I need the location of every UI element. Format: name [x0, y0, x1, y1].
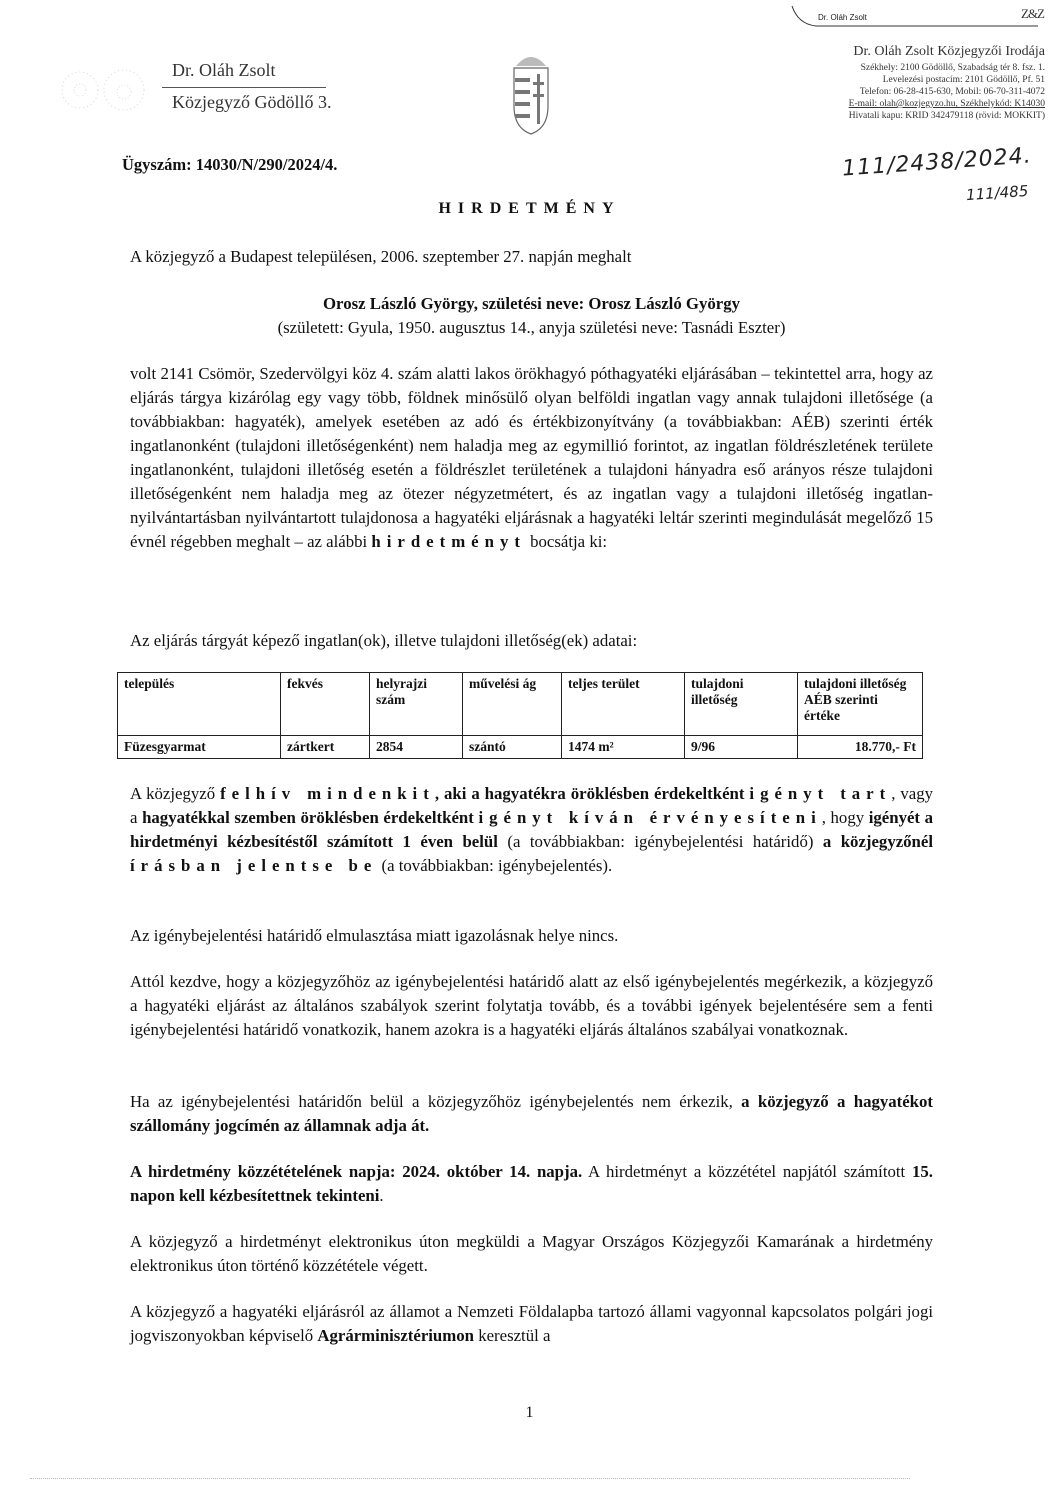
office-email: E-mail: olah@kozjegyzo.hu, Székhelykód: … [849, 98, 1045, 110]
handwritten-registration-number: 111/2438/2024. [841, 143, 1032, 181]
header-cell: tulajdoni illetőség [685, 673, 798, 736]
office-details: Dr. Oláh Zsolt Közjegyzői Irodája Székhe… [849, 44, 1045, 122]
no-excuse-paragraph: Az igénybejelentési határidő elmulasztás… [130, 924, 933, 948]
table-intro: Az eljárás tárgyát képező ingatlan(ok), … [130, 629, 933, 653]
office-address: Székhely: 2100 Gödöllő, Szabadság tér 8.… [849, 62, 1045, 74]
call-emphasis: igényt kíván érvényesíteni [478, 808, 821, 827]
cell-cultivation: szántó [463, 736, 562, 759]
chamber-paragraph: A közjegyző a hirdetményt elektronikus ú… [130, 1230, 933, 1278]
received-stamp: Dr. Oláh Zsolt Z&Z [790, 4, 1050, 34]
no-claim-paragraph: Ha az igénybejelentési határidőn belül a… [130, 1090, 933, 1138]
call-emphasis: írásban jelentse be [130, 856, 377, 875]
cell-settlement: Füzesgyarmat [118, 736, 281, 759]
publication-text: A hirdetményt a közzététel napjától szám… [588, 1162, 905, 1181]
main-paragraph-tail: bocsátja ki: [530, 532, 607, 551]
header-cell: művelési ág [463, 673, 562, 736]
header-cell: fekvés [281, 673, 370, 736]
notary-seal-icon [58, 60, 148, 126]
footer-scan-artifact [30, 1478, 910, 1479]
call-bold: a közjegyzőnél [823, 832, 933, 851]
coat-of-arms-icon [508, 44, 554, 136]
publication-paragraph: A hirdetmény közzétételének napja: 2024.… [130, 1160, 933, 1208]
call-emphasis: igényt tart [749, 784, 891, 803]
cell-location: zártkert [281, 736, 370, 759]
page-number: 1 [0, 1404, 1059, 1422]
call-emphasis: felhív mindenkit [220, 784, 435, 803]
deceased-name: Orosz László György, születési neve: Oro… [130, 292, 933, 316]
header-cell: teljes terület [562, 673, 685, 736]
cell-aeb-value: 18.770,- Ft [798, 736, 923, 759]
office-postal: Levelezési postacím: 2101 Gödöllő, Pf. 5… [849, 74, 1045, 86]
state-ministry: Agrárminisztériumon [317, 1326, 474, 1345]
first-claim-paragraph: Attól kezdve, hogy a közjegyzőhöz az igé… [130, 970, 933, 1042]
cell-total-area: 1474 m² [562, 736, 685, 759]
office-gateway: Hivatali kapu: KRID 342479118 (rövid: MO… [849, 110, 1045, 122]
state-paragraph: A közjegyző a hagyatéki eljárásról az ál… [130, 1300, 933, 1348]
publication-date: A hirdetmény közzétételének napja: 2024.… [130, 1162, 582, 1181]
call-text: (a továbbiakban: igénybejelentési határi… [507, 832, 813, 851]
stamp-signature: Z&Z [1021, 6, 1044, 22]
main-paragraph-text: volt 2141 Csömör, Szedervölgyi köz 4. sz… [130, 364, 933, 551]
main-paragraph: volt 2141 Csömör, Szedervölgyi köz 4. sz… [130, 362, 933, 554]
notary-name: Dr. Oláh Zsolt [172, 60, 276, 81]
header-cell: helyrajzi szám [370, 673, 463, 736]
call-text: , hogy [822, 808, 864, 827]
call-text: A közjegyző [130, 784, 215, 803]
case-number: Ügyszám: 14030/N/290/2024/4. [122, 155, 337, 175]
office-phone: Telefon: 06-28-415-630, Mobil: 06-70-311… [849, 86, 1045, 98]
header-cell: tulajdoni illetőség AÉB szerinti értéke [798, 673, 923, 736]
notary-office: Közjegyző Gödöllő 3. [172, 92, 331, 113]
intro-paragraph: A közjegyző a Budapest településen, 2006… [130, 245, 933, 269]
no-claim-text: Ha az igénybejelentési határidőn belül a… [130, 1092, 733, 1111]
table-header-row: település fekvés helyrajzi szám művelési… [118, 673, 923, 736]
call-paragraph: A közjegyző felhív mindenkit, aki a hagy… [130, 782, 933, 878]
call-bold: hagyatékkal szemben öröklésben érdekeltk… [142, 808, 474, 827]
cell-ownership-share: 9/96 [685, 736, 798, 759]
table-row: Füzesgyarmat zártkert 2854 szántó 1474 m… [118, 736, 923, 759]
call-bold: , aki a hagyatékra öröklésben érdekeltké… [435, 784, 745, 803]
property-table: település fekvés helyrajzi szám művelési… [117, 672, 923, 759]
stamp-name: Dr. Oláh Zsolt [818, 13, 867, 22]
state-tail: keresztül a [478, 1326, 550, 1345]
office-title: Dr. Oláh Zsolt Közjegyzői Irodája [849, 44, 1045, 60]
call-text: (a továbbiakban: igénybejelentés). [382, 856, 613, 875]
deceased-details: (született: Gyula, 1950. augusztus 14., … [130, 316, 933, 340]
letterhead-divider [162, 87, 326, 88]
header-cell: település [118, 673, 281, 736]
main-paragraph-emphasis: hirdetményt [371, 532, 526, 551]
cell-parcel-number: 2854 [370, 736, 463, 759]
document-title: HIRDETMÉNY [0, 200, 1059, 218]
publication-end: . [379, 1186, 383, 1205]
